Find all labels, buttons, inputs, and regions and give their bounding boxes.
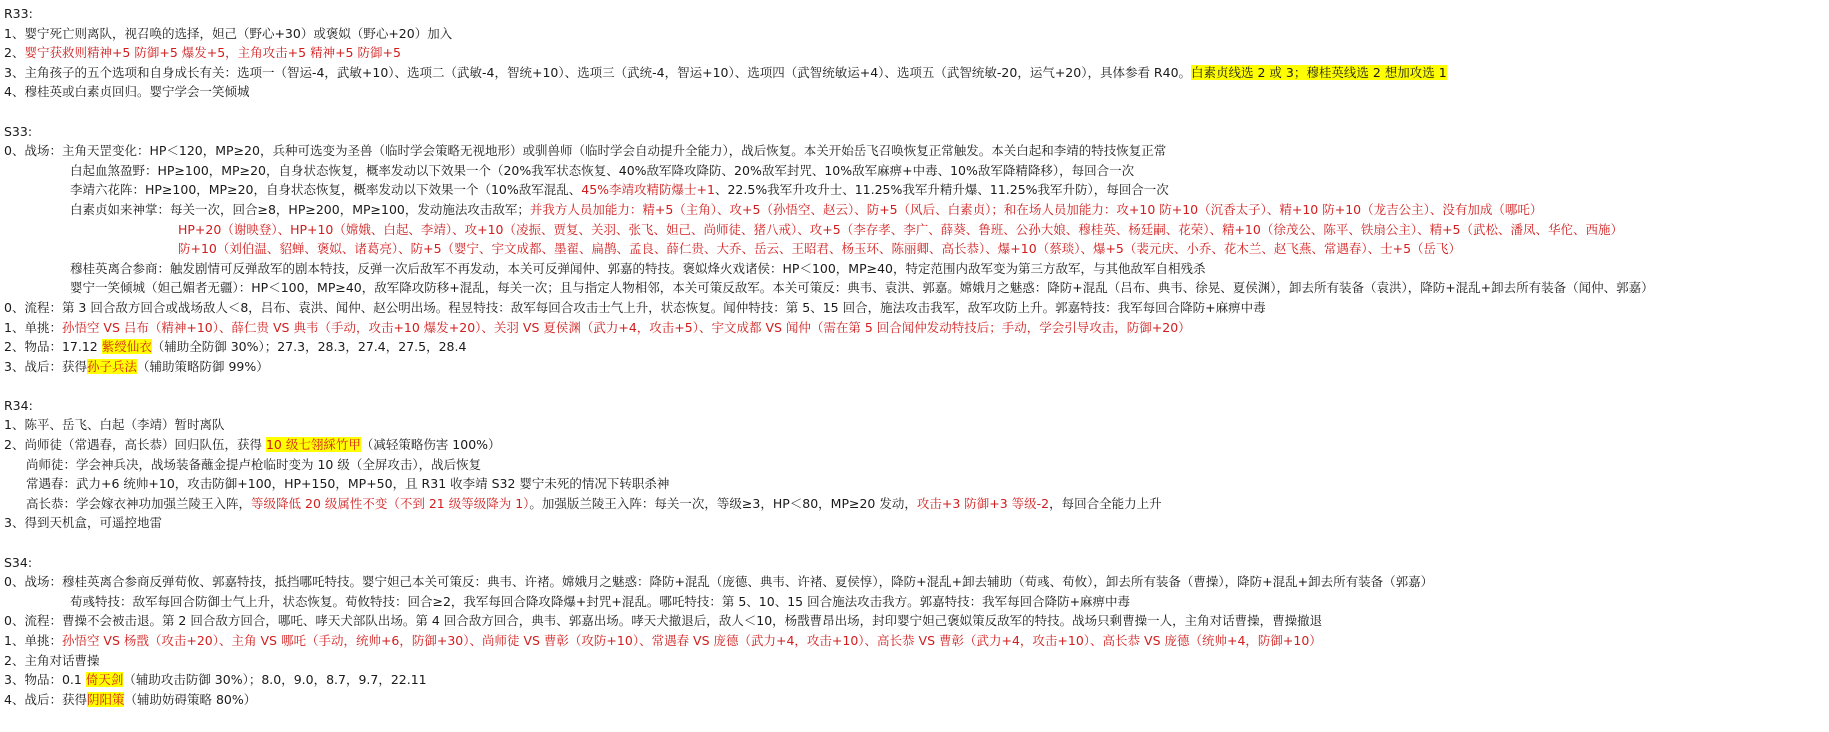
- r33-item-3-text: 3、主角孩子的五个选项和自身成长有关：选项一（智运-4，武敏+10）、选项二（武…: [4, 65, 1191, 80]
- s33-after-item: 孙子兵法: [87, 359, 137, 374]
- s34-after: 4、战后：获得阴阳策（辅助妨碍策略 80%）: [4, 690, 1829, 710]
- s33-battle-4-a: 白素贞如来神掌：每关一次，回合≥8，HP≥200，MP≥100，发动施法攻击敌军…: [70, 202, 530, 217]
- s34-battle-1: 0、战场：穆桂英离合参商反弹荀攸、郭嘉特技，抵挡哪吒特技。婴宁妲己本关可策反：典…: [4, 572, 1829, 592]
- s33-battle-5: HP+20（谢映登）、HP+10（嫦娥、白起、李靖）、攻+10（凌振、贾复、关羽…: [4, 220, 1829, 240]
- s33-duel-label: 1、单挑：: [4, 320, 62, 335]
- s34-talk: 2、主角对话曹操: [4, 651, 1829, 671]
- s34-battle-2: 荀彧特技：敌军每回合防御士气上升，状态恢复。荀攸特技：回合≥2，我军每回合降攻降…: [4, 592, 1829, 612]
- s34-item-detail: （辅助攻击防御 30%）；8.0，9.0，8.7，9.7，22.11: [123, 672, 426, 687]
- r34-item-2-a: 2、尚师徒（常遇春，高长恭）回归队伍，获得: [4, 437, 266, 452]
- r33-item-2: 2、婴宁获救则精神+5 防御+5 爆发+5，主角攻击+5 精神+5 防御+5: [4, 43, 1829, 63]
- s34-item-name: 倚天剑: [86, 672, 124, 687]
- s33-duel: 1、单挑：孙悟空 VS 吕布（精神+10）、薛仁贵 VS 典韦（手动，攻击+10…: [4, 318, 1829, 338]
- r34-item-3: 尚师徒：学会神兵决，战场装备蘸金提卢枪临时变为 10 级（全屏攻击），战后恢复: [4, 455, 1829, 475]
- r34-item-5-b: 。加强版兰陵王入阵：每关一次，等级≥3，HP＜80，MP≥20 发动，: [529, 496, 916, 511]
- section-title-s33: S33:: [4, 122, 1829, 142]
- s33-battle-7: 穆桂英离合参商：触发剧情可反弹敌军的剧本特技，反弹一次后敌军不再发动，本关可反弹…: [4, 259, 1829, 279]
- r34-item-5-red2: 攻击+3 防御+3 等级-2: [917, 496, 1049, 511]
- s33-battle-3-red: 45%李靖攻精防爆士+1: [581, 182, 715, 197]
- s33-battle-label: 0、战场：: [4, 143, 62, 158]
- s33-after: 3、战后：获得孙子兵法（辅助策略防御 99%）: [4, 357, 1829, 377]
- s33-item-label: 2、物品：17.12: [4, 339, 102, 354]
- s33-after-label: 3、战后：获得: [4, 359, 87, 374]
- r33-item-3-highlight: 白素贞线选 2 或 3；穆桂英线选 2 想加攻选 1: [1191, 65, 1447, 80]
- section-title-r33: R33:: [4, 4, 1829, 24]
- s34-after-item: 阴阳策: [87, 692, 125, 707]
- s34-item: 3、物品：0.1 倚天剑（辅助攻击防御 30%）；8.0，9.0，8.7，9.7…: [4, 670, 1829, 690]
- s33-battle-4-red: 并我方人员加能力：精+5（主角）、攻+5（孙悟空、赵云）、防+5（风后、白素贞）…: [530, 202, 1543, 217]
- s34-duel: 1、单挑：孙悟空 VS 杨戬（攻击+20）、主角 VS 哪吒（手动，统帅+6，防…: [4, 631, 1829, 651]
- document: R33: 1、婴宁死亡则离队，视召唤的选择，妲己（野心+30）或褒姒（野心+20…: [0, 0, 1829, 709]
- r34-item-5: 高长恭：学会嫁衣神功加强兰陵王入阵，等级降低 20 级属性不变（不到 21 级等…: [4, 494, 1829, 514]
- s33-battle-text-1: 主角天罡变化：HP＜120，MP≥20，兵种可选变为圣兽（临时学会策略无视地形）…: [62, 143, 1166, 158]
- r34-item-5-c: ，每回合全能力上升: [1049, 496, 1162, 511]
- s33-battle-3: 李靖六花阵：HP≥100，MP≥20，自身状态恢复，概率发动以下效果一个（10%…: [4, 180, 1829, 200]
- r34-item-4: 常遇春：武力+6 统帅+10，攻击防御+100，HP+150，MP+50，且 R…: [4, 474, 1829, 494]
- r33-item-2-prefix: 2、: [4, 45, 24, 60]
- s33-flow: 0、流程：第 3 回合敌方回合或战场敌人＜8，吕布、袁洪、闻仲、赵公明出场。程昱…: [4, 298, 1829, 318]
- s34-duel-list: 孙悟空 VS 杨戬（攻击+20）、主角 VS 哪吒（手动，统帅+6，防御+30）…: [62, 633, 1322, 648]
- s33-battle-3-b: 、22.5%我军升攻升士、11.25%我军升精升爆、11.25%我军升防），每回…: [715, 182, 1169, 197]
- s33-battle-6: 防+10（刘伯温、貂蝉、褒姒、诸葛亮）、防+5（婴宁、宇文成都、墨翟、扁鹊、孟良…: [4, 239, 1829, 259]
- r34-item-2-b: （减轻策略伤害 100%）: [361, 437, 501, 452]
- r34-item-5-a: 高长恭：学会嫁衣神功加强兰陵王入阵，: [26, 496, 251, 511]
- section-title-r34: R34:: [4, 396, 1829, 416]
- r34-item-5-red: 等级降低 20 级属性不变（不到 21 级等级降为 1）: [251, 496, 529, 511]
- r33-item-1: 1、婴宁死亡则离队，视召唤的选择，妲己（野心+30）或褒姒（野心+20）加入: [4, 24, 1829, 44]
- s33-duel-list: 孙悟空 VS 吕布（精神+10）、薛仁贵 VS 典韦（手动，攻击+10 爆发+2…: [62, 320, 1191, 335]
- s33-item-detail: （辅助全防御 30%）；27.3，28.3，27.4，27.5，28.4: [152, 339, 467, 354]
- s33-battle-4: 白素贞如来神掌：每关一次，回合≥8，HP≥200，MP≥100，发动施法攻击敌军…: [4, 200, 1829, 220]
- s34-duel-label: 1、单挑：: [4, 633, 62, 648]
- r34-item-2-highlight: 10 级七翎綵竹甲: [266, 437, 361, 452]
- r34-item-2: 2、尚师徒（常遇春，高长恭）回归队伍，获得 10 级七翎綵竹甲（减轻策略伤害 1…: [4, 435, 1829, 455]
- s33-after-detail: （辅助策略防御 99%）: [137, 359, 269, 374]
- r33-item-4: 4、穆桂英或白素贞回归。婴宁学会一笑倾城: [4, 82, 1829, 102]
- s33-battle-2: 白起血煞盈野：HP≥100，MP≥20，自身状态恢复，概率发动以下效果一个（20…: [4, 161, 1829, 181]
- s33-battle-1: 0、战场：主角天罡变化：HP＜120，MP≥20，兵种可选变为圣兽（临时学会策略…: [4, 141, 1829, 161]
- s34-after-detail: （辅助妨碍策略 80%）: [124, 692, 256, 707]
- r33-item-2-red: 婴宁获救则精神+5 防御+5 爆发+5，主角攻击+5 精神+5 防御+5: [24, 45, 400, 60]
- s34-item-label: 3、物品：0.1: [4, 672, 86, 687]
- r34-item-1: 1、陈平、岳飞、白起（李靖）暂时离队: [4, 415, 1829, 435]
- r34-item-6: 3、得到天机盒，可遥控地雷: [4, 513, 1829, 533]
- section-title-s34: S34:: [4, 553, 1829, 573]
- s33-item-name: 紫绶仙衣: [102, 339, 152, 354]
- s34-after-label: 4、战后：获得: [4, 692, 87, 707]
- r33-item-3: 3、主角孩子的五个选项和自身成长有关：选项一（智运-4，武敏+10）、选项二（武…: [4, 63, 1829, 83]
- s33-battle-3-a: 李靖六花阵：HP≥100，MP≥20，自身状态恢复，概率发动以下效果一个（10%…: [70, 182, 581, 197]
- s33-item: 2、物品：17.12 紫绶仙衣（辅助全防御 30%）；27.3，28.3，27.…: [4, 337, 1829, 357]
- s34-flow: 0、流程：曹操不会被击退。第 2 回合敌方回合，哪吒、哮天犬部队出场。第 4 回…: [4, 611, 1829, 631]
- s33-battle-8: 婴宁一笑倾城（妲己媚者无疆）：HP＜100，MP≥40，敌军降攻防移+混乱，每关…: [4, 278, 1829, 298]
